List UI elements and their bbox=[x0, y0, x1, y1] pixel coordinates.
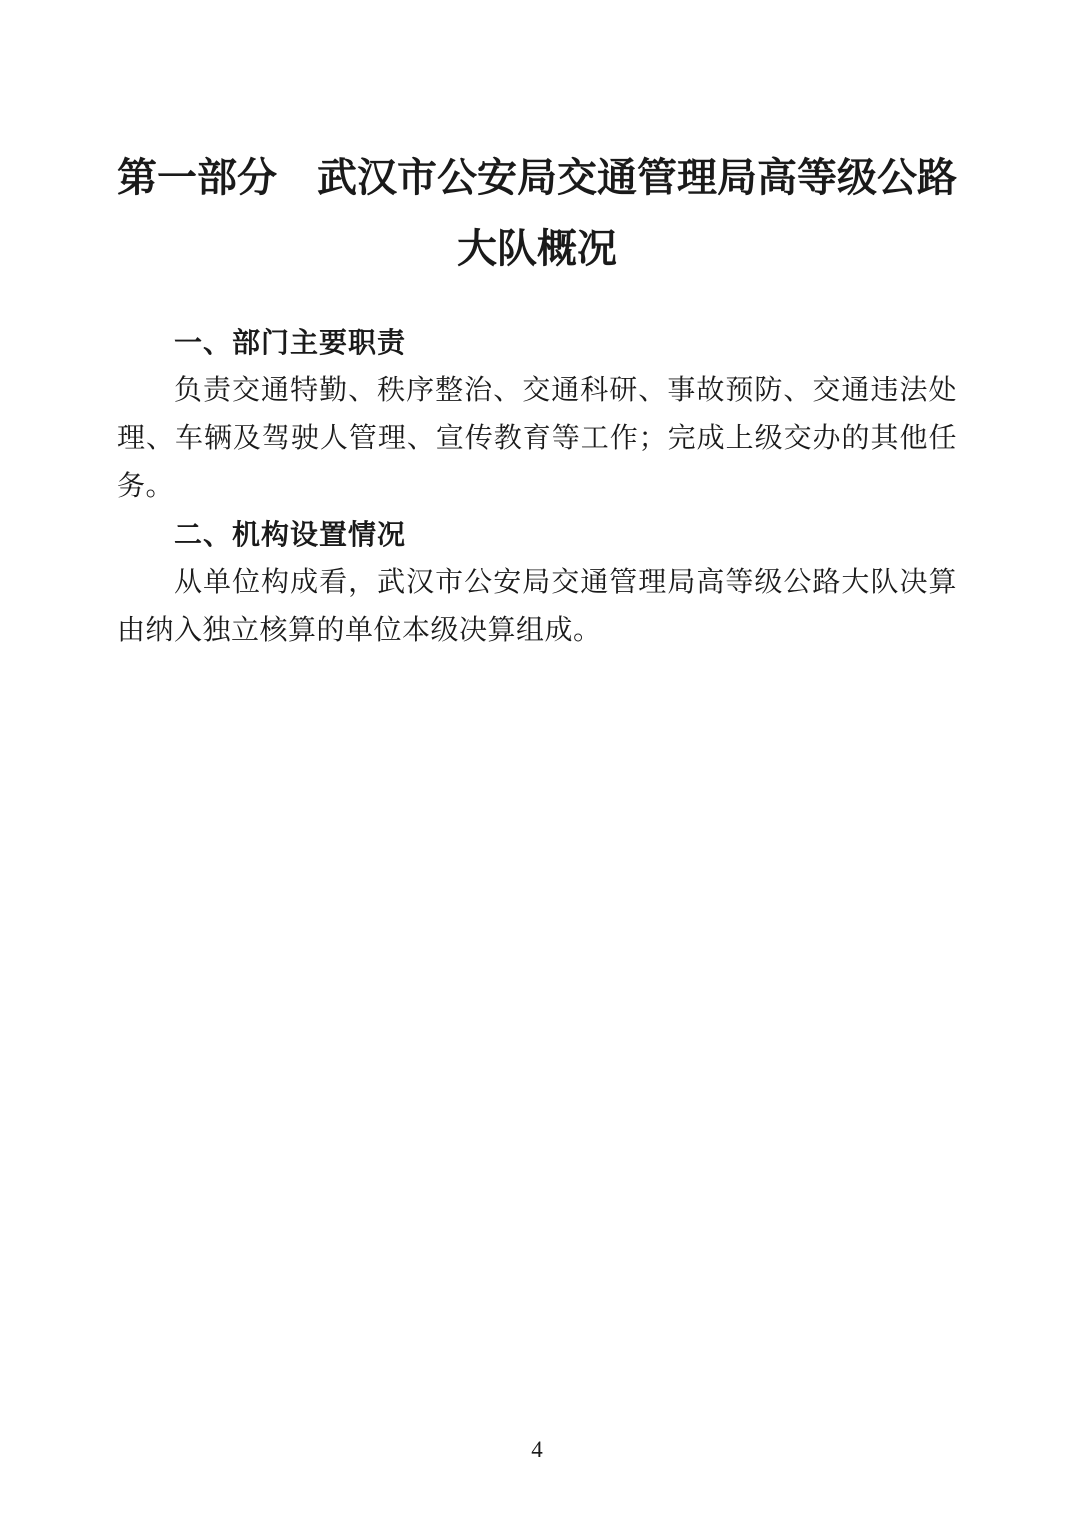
section-1-paragraph-line-1: 负责交通特勤、秩序整治、交通科研、事故预防、交通违法处 bbox=[117, 367, 957, 415]
section-2-paragraph: 从单位构成看，武汉市公安局交通管理局高等级公路大队决算 由纳入独立核算的单位本级… bbox=[117, 559, 957, 655]
page-title-line-1: 第一部分 武汉市公安局交通管理局高等级公路 bbox=[117, 143, 957, 214]
section-1-heading: 一、部门主要职责 bbox=[117, 319, 957, 367]
section-2-heading: 二、机构设置情况 bbox=[117, 511, 957, 559]
section-1-paragraph-line-3: 务。 bbox=[117, 463, 957, 511]
document-content: 一、部门主要职责 负责交通特勤、秩序整治、交通科研、事故预防、交通违法处 理、车… bbox=[117, 319, 957, 655]
section-1-paragraph: 负责交通特勤、秩序整治、交通科研、事故预防、交通违法处 理、车辆及驾驶人管理、宣… bbox=[117, 367, 957, 511]
page-title-line-2: 大队概况 bbox=[117, 214, 957, 285]
section-1-paragraph-line-2: 理、车辆及驾驶人管理、宣传教育等工作；完成上级交办的其他任 bbox=[117, 415, 957, 463]
section-2-paragraph-line-2: 由纳入独立核算的单位本级决算组成。 bbox=[117, 607, 957, 655]
document-page: 第一部分 武汉市公安局交通管理局高等级公路 大队概况 一、部门主要职责 负责交通… bbox=[0, 0, 1074, 1520]
page-number: 4 bbox=[0, 1434, 1074, 1466]
page-title: 第一部分 武汉市公安局交通管理局高等级公路 大队概况 bbox=[117, 143, 957, 285]
section-2-paragraph-line-1: 从单位构成看，武汉市公安局交通管理局高等级公路大队决算 bbox=[117, 559, 957, 607]
